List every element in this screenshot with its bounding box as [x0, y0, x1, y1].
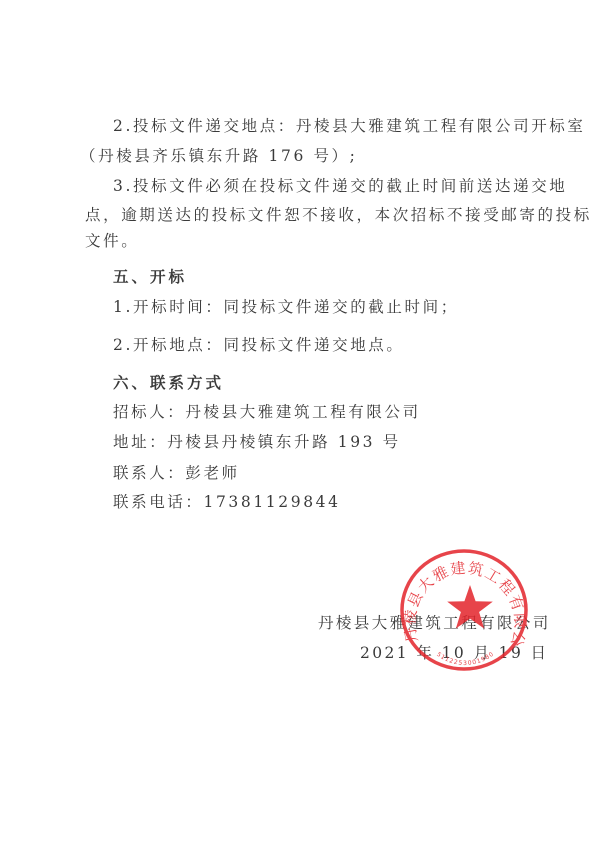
- company-seal: 丹棱县大雅建筑工程有限公司 5112253001980: [398, 547, 530, 673]
- paragraph-submission-location: 2.投标文件递交地点：丹棱县大雅建筑工程有限公司开标室: [113, 116, 573, 136]
- bid-opening-location: 2.开标地点：同投标文件递交地点。: [113, 335, 573, 355]
- paragraph-deadline: 3.投标文件必须在投标文件递交的截止时间前送达递交地: [113, 176, 573, 196]
- contact-phone: 联系电话：17381129844: [113, 492, 573, 512]
- contact-person: 联系人：彭老师: [113, 463, 573, 483]
- star-icon: [447, 585, 493, 629]
- paragraph-deadline-cont2: 文件。: [85, 231, 545, 251]
- paragraph-deadline-cont: 点，逾期送达的投标文件恕不接收，本次招标不接受邮寄的投标: [85, 205, 545, 225]
- document-page: 2.投标文件递交地点：丹棱县大雅建筑工程有限公司开标室 （丹棱县齐乐镇东升路 1…: [0, 0, 603, 843]
- contact-tenderer: 招标人：丹棱县大雅建筑工程有限公司: [113, 402, 573, 422]
- paragraph-submission-location-cont: （丹棱县齐乐镇东升路 176 号）;: [80, 146, 540, 166]
- bid-opening-time: 1.开标时间：同投标文件递交的截止时间；: [113, 297, 573, 317]
- contact-address: 地址：丹棱县丹棱镇东升路 193 号: [113, 432, 573, 452]
- seal-text: 丹棱县大雅建筑工程有限公司: [398, 547, 529, 650]
- section-heading-contact: 六、联系方式: [113, 373, 573, 393]
- svg-text:丹棱县大雅建筑工程有限公司: 丹棱县大雅建筑工程有限公司: [398, 547, 529, 650]
- section-heading-bid-opening: 五、开标: [113, 267, 573, 287]
